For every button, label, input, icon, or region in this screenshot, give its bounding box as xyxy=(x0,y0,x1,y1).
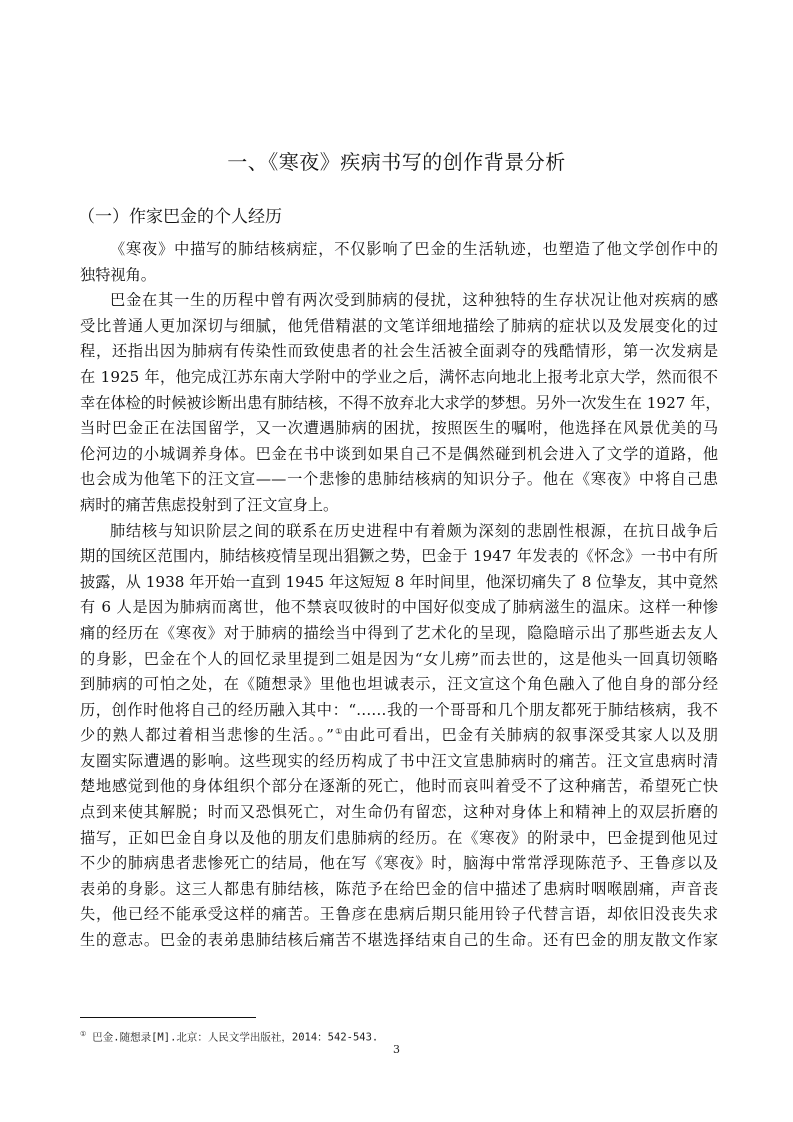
text-line: 的身影，巴金在个人的回忆录里提到二姐是因为“女儿痨”而去世的，这是他头一回真切领… xyxy=(80,647,718,673)
text-line: 到肺病的可怕之处，在《随想录》里他也坦诚表示，汪文宣这个角色融入了他自身的部分经 xyxy=(80,672,718,698)
text-segment: 少的熟人都过着相当悲惨的生活。。” xyxy=(80,726,334,744)
text-line: 不少的肺病患者悲惨死亡的结局，他在写《寒夜》时，脑海中常常浮现陈范予、王鲁彦以及 xyxy=(80,851,718,877)
section-title: （一）作家巴金的个人经历 xyxy=(78,205,282,229)
text-line: 表弟的身影。这三人都患有肺结核，陈范予在给巴金的信中描述了患病时咽喉剧痛，声音丧 xyxy=(80,877,718,903)
text-line-with-footnote: 少的熟人都过着相当悲惨的生活。。”①由此可看出，巴金有关肺病的叙事深受其家人以及… xyxy=(80,723,718,749)
text-line: 楚地感觉到他的身体组织个部分在逐渐的死亡，他时而哀叫着受不了这种痛苦，希望死亡快 xyxy=(80,774,718,800)
document-page: 一、《寒夜》疾病书写的创作背景分析 （一）作家巴金的个人经历 《寒夜》中描写的肺… xyxy=(0,0,793,1122)
footnote-divider xyxy=(80,1017,256,1018)
body-text: 《寒夜》中描写的肺结核病症，不仅影响了巴金的生活轨迹，也塑造了他文学创作中的 独… xyxy=(80,237,718,954)
text-line: 有 6 人是因为肺病而离世，他不禁哀叹彼时的中国好似变成了肺病滋生的温床。这样一… xyxy=(80,595,718,621)
text-line: 病时的痛苦焦虑投射到了汪文宣身上。 xyxy=(80,493,718,519)
text-line: 友圈实际遭遇的影响。这些现实的经历构成了书中汪文宣患肺病时的痛苦。汪文宣患病时清 xyxy=(80,749,718,775)
footnote-marker: ① xyxy=(80,1030,86,1038)
text-line: 失，他已经不能承受这样的痛苦。王鲁彦在患病后期只能用铃子代替言语，却依旧没丧失求 xyxy=(80,902,718,928)
text-line: 描写，正如巴金自身以及他的朋友们患肺病的经历。在《寒夜》的附录中，巴金提到他见过 xyxy=(80,826,718,852)
text-line: 程，还指出因为肺病有传染性而致使患者的社会生活被全面剥夺的残酷情形，第一次发病是 xyxy=(80,339,718,365)
text-line: 幸在体检的时候被诊断出患有肺结核，不得不放弃北大求学的梦想。另外一次发生在 19… xyxy=(80,391,718,417)
text-segment: 由此可看出，巴金有关肺病的叙事深受其家人以及朋 xyxy=(343,726,718,744)
text-line: 独特视角。 xyxy=(80,263,718,289)
text-line: 肺结核与知识阶层之间的联系在历史进程中有着颇为深刻的悲剧性根源，在抗日战争后 xyxy=(80,519,718,545)
page-number: 3 xyxy=(0,1043,793,1057)
footnote-text: 巴金.随想录[M].北京：人民文学出版社，2014：542-543. xyxy=(92,1032,378,1044)
text-line: 披露，从 1938 年开始一直到 1945 年这短短 8 年时间里，他深切痛失了… xyxy=(80,570,718,596)
text-line: 在 1925 年，他完成江苏东南大学附中的学业之后，满怀志向地北上报考北京大学，… xyxy=(80,365,718,391)
text-line: 当时巴金正在法国留学，又一次遭遇肺病的困扰，按照医生的嘱咐，他选择在风景优美的马 xyxy=(80,416,718,442)
text-line: 也会成为他笔下的汪文宣——一个悲惨的患肺结核病的知识分子。他在《寒夜》中将自己患 xyxy=(80,467,718,493)
text-line: 巴金在其一生的历程中曾有两次受到肺病的侵扰，这种独特的生存状况让他对疾病的感 xyxy=(80,288,718,314)
text-line: 《寒夜》中描写的肺结核病症，不仅影响了巴金的生活轨迹，也塑造了他文学创作中的 xyxy=(80,237,718,263)
text-line: 痛的经历在《寒夜》对于肺病的描绘当中得到了艺术化的呈现，隐隐暗示出了那些逝去友人 xyxy=(80,621,718,647)
text-line: 点到来使其解脱；时而又恐惧死亡，对生命仍有留恋，这种对身体上和精神上的双层折磨的 xyxy=(80,800,718,826)
chapter-title: 一、《寒夜》疾病书写的创作背景分析 xyxy=(0,148,793,176)
text-line: 历，创作时他将自己的经历融入其中：“……我的一个哥哥和几个朋友都死于肺结核病，我… xyxy=(80,698,718,724)
text-line: 期的国统区范围内，肺结核疫情呈现出猖獗之势，巴金于 1947 年发表的《怀念》一… xyxy=(80,544,718,570)
text-line: 生的意志。巴金的表弟患肺结核后痛苦不堪选择结束自己的生命。还有巴金的朋友散文作家 xyxy=(80,928,718,954)
footnote: ①巴金.随想录[M].北京：人民文学出版社，2014：542-543. xyxy=(80,1027,378,1045)
text-line: 受比普通人更加深切与细腻，他凭借精湛的文笔详细地描绘了肺病的症状以及发展变化的过 xyxy=(80,314,718,340)
text-line: 伦河边的小城调养身体。巴金在书中谈到如果自己不是偶然碰到机会进入了文学的道路，他 xyxy=(80,442,718,468)
footnote-reference[interactable]: ① xyxy=(334,727,343,736)
